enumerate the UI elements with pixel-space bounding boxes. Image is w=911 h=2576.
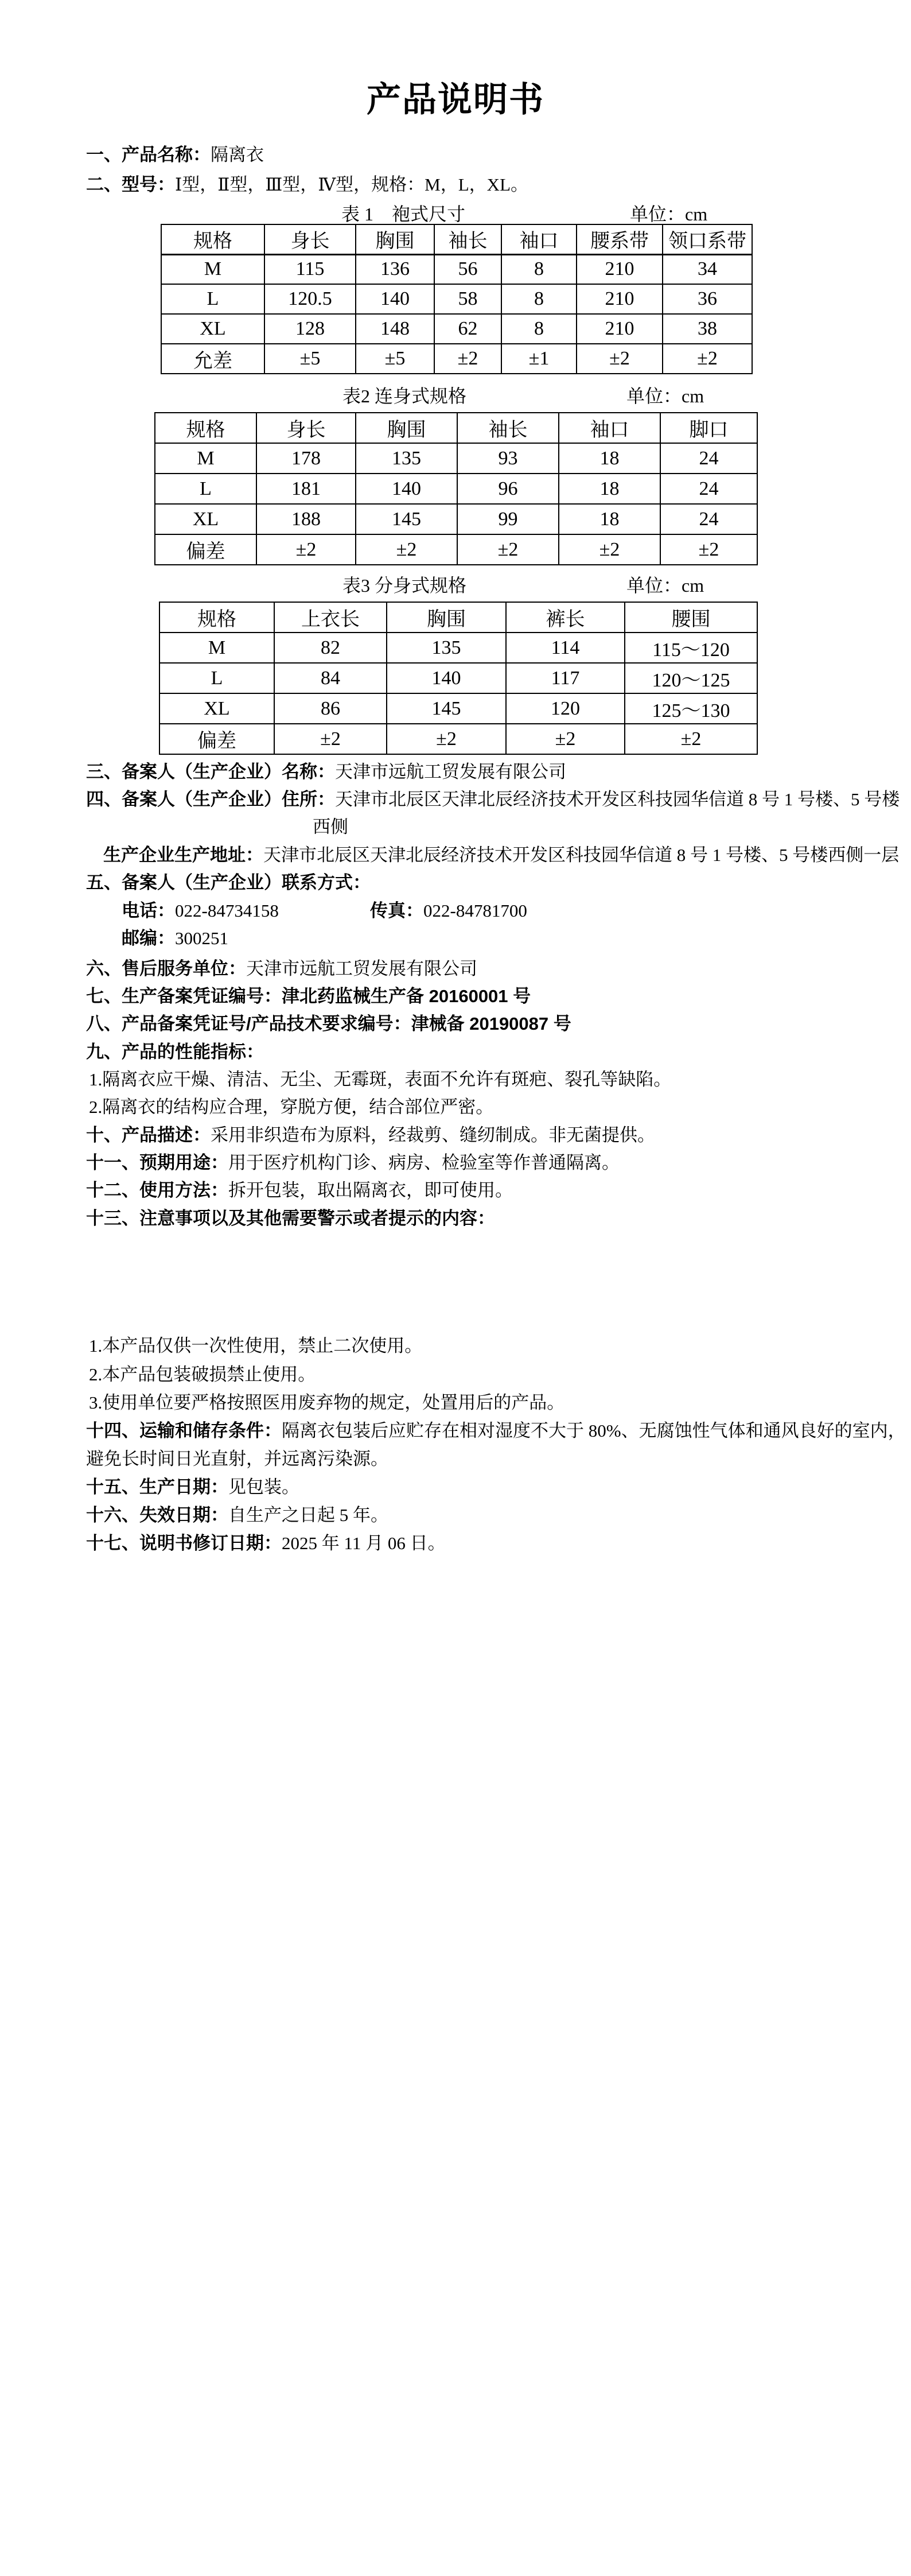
section-product-record-no: 八、产品备案凭证号/产品技术要求编号：津械备 20190087 号 <box>86 1012 571 1035</box>
table3-unit: 单位：cm <box>626 574 704 597</box>
column-header: 规格 <box>161 224 264 254</box>
section-label: 十、产品描述： <box>86 1125 211 1145</box>
section-filer-address-wrap: 西侧 <box>313 816 348 839</box>
column-header: 上衣长 <box>274 602 387 633</box>
section-label: 九、产品的性能指标： <box>86 1042 264 1062</box>
table-cell: ±2 <box>457 534 559 565</box>
column-header: 身长 <box>256 413 356 443</box>
table-cell: XL <box>155 504 256 534</box>
table-cell: 84 <box>274 663 387 693</box>
table-cell: 82 <box>274 633 387 663</box>
table-cell: M <box>159 633 274 663</box>
table-two-piece-specs: 规格上衣长胸围裤长腰围M82135114115～120L84140117120～… <box>159 602 758 755</box>
item-text: 2.本产品包装破损禁止使用。 <box>89 1364 316 1384</box>
table-row: L84140117120～125 <box>159 663 757 693</box>
section-value: 隔离衣包装后应贮存在相对湿度不大于 80%、无腐蚀性气体和通风良好的室内， <box>282 1421 906 1441</box>
table-row: 偏差±2±2±2±2±2 <box>155 534 757 565</box>
table-cell: 115～120 <box>625 633 757 663</box>
table1-unit: 单位：cm <box>630 203 707 226</box>
table-cell: ±1 <box>501 344 577 374</box>
table-cell: 120.5 <box>264 284 356 314</box>
table-coverall-style-specs: 规格身长胸围袖长袖口脚口M178135931824L181140961824XL… <box>154 412 758 565</box>
performance-item-1: 1.隔离衣应干燥、清洁、无尘、无霉斑，表面不允许有斑疤、裂孔等缺陷。 <box>89 1068 671 1091</box>
table-cell: XL <box>159 693 274 724</box>
table2-unit: 单位：cm <box>626 385 704 408</box>
section-label: 一、产品名称： <box>86 145 211 165</box>
table-row: L181140961824 <box>155 474 757 504</box>
section-product-description: 十、产品描述：采用非织造布为原料，经裁剪、缝纫制成。非无菌提供。 <box>86 1124 655 1147</box>
table-cell: ±2 <box>577 344 663 374</box>
table-cell: 62 <box>434 314 501 344</box>
table-header-row: 规格身长胸围袖长袖口脚口 <box>155 413 757 443</box>
column-header: 规格 <box>155 413 256 443</box>
section-value: 自生产之日起 5 年。 <box>228 1505 388 1525</box>
table-cell: 24 <box>660 474 757 504</box>
column-header: 规格 <box>159 602 274 633</box>
section-manual-revision-date: 十七、说明书修订日期：2025 年 11 月 06 日。 <box>86 1532 446 1555</box>
section-text: 八、产品备案凭证号/产品技术要求编号：津械备 20190087 号 <box>86 1014 571 1034</box>
section-label: 三、备案人（生产企业）名称： <box>86 762 335 782</box>
column-header: 腰围 <box>625 602 757 633</box>
column-header: 领口系带 <box>663 224 752 254</box>
column-header: 腰系带 <box>577 224 663 254</box>
section-after-sales: 六、售后服务单位：天津市远航工贸发展有限公司 <box>86 957 477 980</box>
table-cell: M <box>155 443 256 474</box>
section-precautions: 十三、注意事项以及其他需要警示或者提示的内容： <box>86 1207 495 1230</box>
table-cell: 120～125 <box>625 663 757 693</box>
section-transport-storage: 十四、运输和储存条件：隔离衣包装后应贮存在相对湿度不大于 80%、无腐蚀性气体和… <box>86 1419 906 1442</box>
section-value: 天津市北辰区天津北辰经济技术开发区科技园华信道 8 号 1 号楼、5 号楼西侧一… <box>263 845 899 865</box>
column-header: 身长 <box>264 224 356 254</box>
section-label: 十五、生产日期： <box>86 1477 228 1497</box>
section-value: 西侧 <box>313 817 348 837</box>
table-cell: 140 <box>356 474 457 504</box>
table-row: M178135931824 <box>155 443 757 474</box>
table-cell: 148 <box>356 314 434 344</box>
section-filer-name: 三、备案人（生产企业）名称：天津市远航工贸发展有限公司 <box>86 761 566 783</box>
section-contact-info: 五、备案人（生产企业）联系方式： <box>86 871 371 894</box>
table-cell: 58 <box>434 284 501 314</box>
table-cell: 178 <box>256 443 356 474</box>
fax-value: 022-84781700 <box>423 901 527 921</box>
table-cell: 188 <box>256 504 356 534</box>
section-value: 见包装。 <box>228 1477 299 1497</box>
precaution-item-1: 1.本产品仅供一次性使用，禁止二次使用。 <box>89 1334 422 1357</box>
section-label: 十七、说明书修订日期： <box>86 1533 282 1553</box>
table-cell: ±5 <box>264 344 356 374</box>
table-cell: L <box>159 663 274 693</box>
section-label: 十二、使用方法： <box>86 1180 228 1200</box>
fax-field: 传真：022-84781700 <box>370 899 527 922</box>
table-cell: 99 <box>457 504 559 534</box>
column-header: 胸围 <box>356 224 434 254</box>
precaution-item-2: 2.本产品包装破损禁止使用。 <box>89 1363 316 1386</box>
section-label: 十六、失效日期： <box>86 1505 228 1525</box>
section-value: 避免长时间日光直射，并远离污染源。 <box>86 1449 388 1469</box>
section-value: Ⅰ型，Ⅱ型，Ⅲ型，Ⅳ型，规格：M，L，XL。 <box>175 174 528 195</box>
table-cell: ±2 <box>274 724 387 754</box>
table-cell: 145 <box>387 693 506 724</box>
table-row: 允差±5±5±2±1±2±2 <box>161 344 752 374</box>
table-row: XL188145991824 <box>155 504 757 534</box>
table-cell: 18 <box>559 474 660 504</box>
table-cell: 24 <box>660 504 757 534</box>
table-cell: 34 <box>663 254 752 284</box>
table-cell: 18 <box>559 443 660 474</box>
column-header: 脚口 <box>660 413 757 443</box>
performance-item-2: 2.隔离衣的结构应合理，穿脱方便，结合部位严密。 <box>89 1096 493 1119</box>
table-cell: 140 <box>356 284 434 314</box>
table-cell: ±2 <box>660 534 757 565</box>
table-cell: 128 <box>264 314 356 344</box>
section-performance: 九、产品的性能指标： <box>86 1041 264 1064</box>
table-cell: 135 <box>356 443 457 474</box>
zip-label: 邮编： <box>122 928 175 948</box>
table-row: XL86145120125～130 <box>159 693 757 724</box>
column-header: 袖长 <box>457 413 559 443</box>
section-label: 五、备案人（生产企业）联系方式： <box>86 872 371 893</box>
column-header: 袖口 <box>559 413 660 443</box>
zip-value: 300251 <box>175 928 228 948</box>
table2-caption: 表2 连身式规格 <box>342 385 466 408</box>
table-cell: 8 <box>501 314 577 344</box>
table-header-row: 规格上衣长胸围裤长腰围 <box>159 602 757 633</box>
item-text: 3.使用单位要严格按照医用废弃物的规定，处置用后的产品。 <box>89 1392 564 1413</box>
table-cell: M <box>161 254 264 284</box>
section-production-record-no: 七、生产备案凭证编号：津北药监械生产备 20160001 号 <box>86 985 531 1008</box>
table-cell: 140 <box>387 663 506 693</box>
table-cell: 24 <box>660 443 757 474</box>
table-row: M11513656821034 <box>161 254 752 284</box>
table-cell: 210 <box>577 314 663 344</box>
table-cell: ±2 <box>506 724 625 754</box>
section-product-name: 一、产品名称：隔离衣 <box>86 143 264 166</box>
item-text: 2.隔离衣的结构应合理，穿脱方便，结合部位严密。 <box>89 1097 493 1117</box>
section-value: 天津市北辰区天津北辰经济技术开发区科技园华信道 8 号 1 号楼、5 号楼 <box>335 789 900 809</box>
table-cell: ±2 <box>256 534 356 565</box>
section-label: 二、型号： <box>86 174 175 195</box>
section-filer-address: 四、备案人（生产企业）住所：天津市北辰区天津北辰经济技术开发区科技园华信道 8 … <box>86 788 900 811</box>
fax-label: 传真： <box>370 901 423 921</box>
table-cell: 偏差 <box>159 724 274 754</box>
table-cell: ±2 <box>434 344 501 374</box>
table-row: M82135114115～120 <box>159 633 757 663</box>
section-value: 天津市远航工贸发展有限公司 <box>335 762 566 782</box>
item-text: 1.隔离衣应干燥、清洁、无尘、无霉斑，表面不允许有斑疤、裂孔等缺陷。 <box>89 1069 671 1089</box>
section-value: 用于医疗机构门诊、病房、检验室等作普通隔离。 <box>228 1153 620 1173</box>
section-usage-method: 十二、使用方法：拆开包装，取出隔离衣，即可使用。 <box>86 1179 513 1202</box>
table-cell: 允差 <box>161 344 264 374</box>
table-cell: L <box>155 474 256 504</box>
table-cell: ±2 <box>356 534 457 565</box>
section-text: 七、生产备案凭证编号：津北药监械生产备 20160001 号 <box>86 986 531 1006</box>
table-cell: 125～130 <box>625 693 757 724</box>
table-cell: 18 <box>559 504 660 534</box>
table-cell: 120 <box>506 693 625 724</box>
phone-field: 电话：022-84734158 <box>122 899 279 922</box>
table-cell: 115 <box>264 254 356 284</box>
section-model: 二、型号：Ⅰ型，Ⅱ型，Ⅲ型，Ⅳ型，规格：M，L，XL。 <box>86 173 528 196</box>
table-cell: ±2 <box>559 534 660 565</box>
table-cell: L <box>161 284 264 314</box>
section-label: 十三、注意事项以及其他需要警示或者提示的内容： <box>86 1208 495 1228</box>
section-label: 生产企业生产地址： <box>103 845 263 865</box>
table-cell: 偏差 <box>155 534 256 565</box>
table-header-row: 规格身长胸围袖长袖口腰系带领口系带 <box>161 224 752 254</box>
section-label: 十一、预期用途： <box>86 1153 228 1173</box>
table-cell: 114 <box>506 633 625 663</box>
page-title: 产品说明书 <box>0 72 911 122</box>
table-cell: 117 <box>506 663 625 693</box>
table-cell: 36 <box>663 284 752 314</box>
table-cell: 93 <box>457 443 559 474</box>
column-header: 袖口 <box>501 224 577 254</box>
section-value: 采用非织造布为原料，经裁剪、缝纫制成。非无菌提供。 <box>211 1125 655 1145</box>
table1-caption: 表 1 袍式尺寸 <box>341 203 465 226</box>
table-row: L120.514058821036 <box>161 284 752 314</box>
table-cell: ±2 <box>663 344 752 374</box>
table-cell: 181 <box>256 474 356 504</box>
section-value: 2025 年 11 月 06 日。 <box>282 1533 446 1553</box>
table-cell: 38 <box>663 314 752 344</box>
column-header: 胸围 <box>387 602 506 633</box>
section-intended-use: 十一、预期用途：用于医疗机构门诊、病房、检验室等作普通隔离。 <box>86 1151 620 1174</box>
section-value: 拆开包装，取出隔离衣，即可使用。 <box>228 1180 513 1200</box>
table-cell: 135 <box>387 633 506 663</box>
table-cell: 145 <box>356 504 457 534</box>
precaution-item-3: 3.使用单位要严格按照医用废弃物的规定，处置用后的产品。 <box>89 1391 564 1414</box>
section-production-address: 生产企业生产地址：天津市北辰区天津北辰经济技术开发区科技园华信道 8 号 1 号… <box>103 844 899 867</box>
section-production-date: 十五、生产日期：见包装。 <box>86 1476 299 1499</box>
column-header: 袖长 <box>434 224 501 254</box>
table3-caption: 表3 分身式规格 <box>342 574 466 597</box>
phone-value: 022-84734158 <box>175 901 279 921</box>
table-cell: 136 <box>356 254 434 284</box>
phone-label: 电话： <box>122 901 175 921</box>
table-row: 偏差±2±2±2±2 <box>159 724 757 754</box>
table-cell: 56 <box>434 254 501 284</box>
table-cell: 210 <box>577 254 663 284</box>
section-value: 隔离衣 <box>211 145 264 165</box>
table-cell: 86 <box>274 693 387 724</box>
zip-field: 邮编：300251 <box>122 927 228 950</box>
table-cell: 210 <box>577 284 663 314</box>
table-cell: XL <box>161 314 264 344</box>
section-expiry-date: 十六、失效日期：自生产之日起 5 年。 <box>86 1504 388 1527</box>
table-cell: ±5 <box>356 344 434 374</box>
section-label: 四、备案人（生产企业）住所： <box>86 789 335 809</box>
column-header: 胸围 <box>356 413 457 443</box>
table-cell: ±2 <box>387 724 506 754</box>
table-cell: 8 <box>501 254 577 284</box>
section-label: 六、售后服务单位： <box>86 959 246 979</box>
section-value: 天津市远航工贸发展有限公司 <box>246 959 477 979</box>
column-header: 裤长 <box>506 602 625 633</box>
table-gown-style-sizes: 规格身长胸围袖长袖口腰系带领口系带M11513656821034L120.514… <box>161 224 753 374</box>
item-text: 1.本产品仅供一次性使用，禁止二次使用。 <box>89 1336 422 1356</box>
table-cell: ±2 <box>625 724 757 754</box>
section-transport-storage-wrap: 避免长时间日光直射，并远离污染源。 <box>86 1448 388 1471</box>
table-cell: 8 <box>501 284 577 314</box>
table-cell: 96 <box>457 474 559 504</box>
table-row: XL12814862821038 <box>161 314 752 344</box>
section-label: 十四、运输和储存条件： <box>86 1421 282 1441</box>
